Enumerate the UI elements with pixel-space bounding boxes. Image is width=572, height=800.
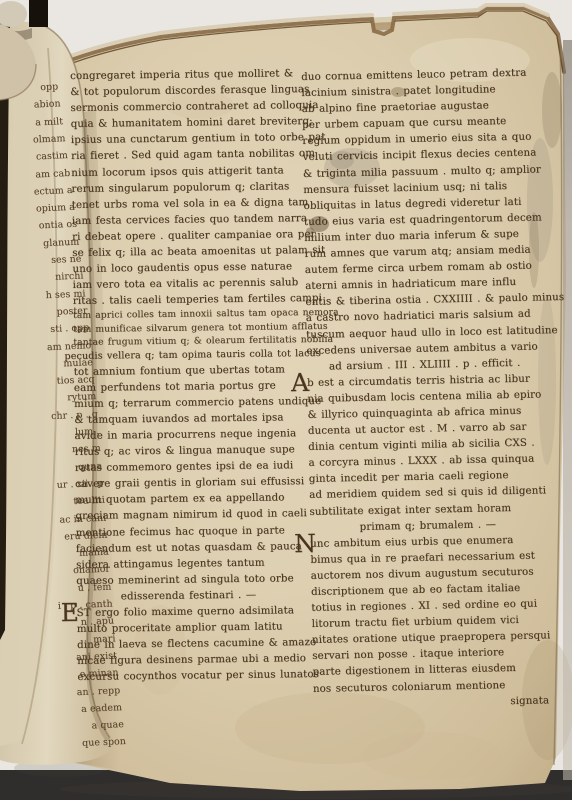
- margin-fragment: ontia os: [6, 219, 77, 233]
- manuscript-line: EST ergo folio maxime querno adsimilata: [77, 603, 301, 622]
- text-column-right: duo cornua emittens leuco petram dextral…: [301, 65, 549, 713]
- margin-fragment: ses ne: [8, 253, 82, 267]
- margin-fragment: que spon: [30, 736, 126, 751]
- decorated-initial: A: [291, 372, 310, 394]
- margin-fragment: olmam: [2, 133, 65, 147]
- margin-fragment: opium a: [5, 202, 75, 216]
- margin-fragment: an . repp: [27, 685, 120, 700]
- manuscript-line: faciendum est ut notas quasdam & pauca: [76, 539, 300, 558]
- manuscript-photo: oppabiona miltolmamcastimam cabectum aop…: [0, 0, 572, 800]
- margin-fragment: glanum: [7, 236, 79, 250]
- margin-fragment: a eadem: [28, 702, 122, 717]
- margin-fragment: abion: [1, 99, 61, 113]
- margin-fragment: a milt: [2, 116, 64, 130]
- margin-fragment: opp: [0, 81, 58, 95]
- margin-fragment: ectum a: [5, 185, 73, 199]
- decorated-initial: E: [61, 602, 80, 624]
- manuscript-line: excursu cocynthos vocatur per sinus luna…: [77, 668, 301, 687]
- text-column-left: congregaret imperia ritus que molliret &…: [70, 66, 302, 686]
- clamp-bar: [29, 0, 48, 27]
- margin-fragment: castim: [3, 150, 68, 164]
- margin-fragment: a quae: [29, 719, 124, 734]
- margin-fragment: am cab: [4, 167, 71, 181]
- decorated-initial: N: [294, 533, 316, 555]
- manuscript-line: quaeso meminerint ad singula toto orbe: [76, 571, 300, 590]
- manuscript-line: tantae frugum vitium q; & olearum fertil…: [73, 334, 297, 350]
- right-edge-gap: [563, 40, 572, 780]
